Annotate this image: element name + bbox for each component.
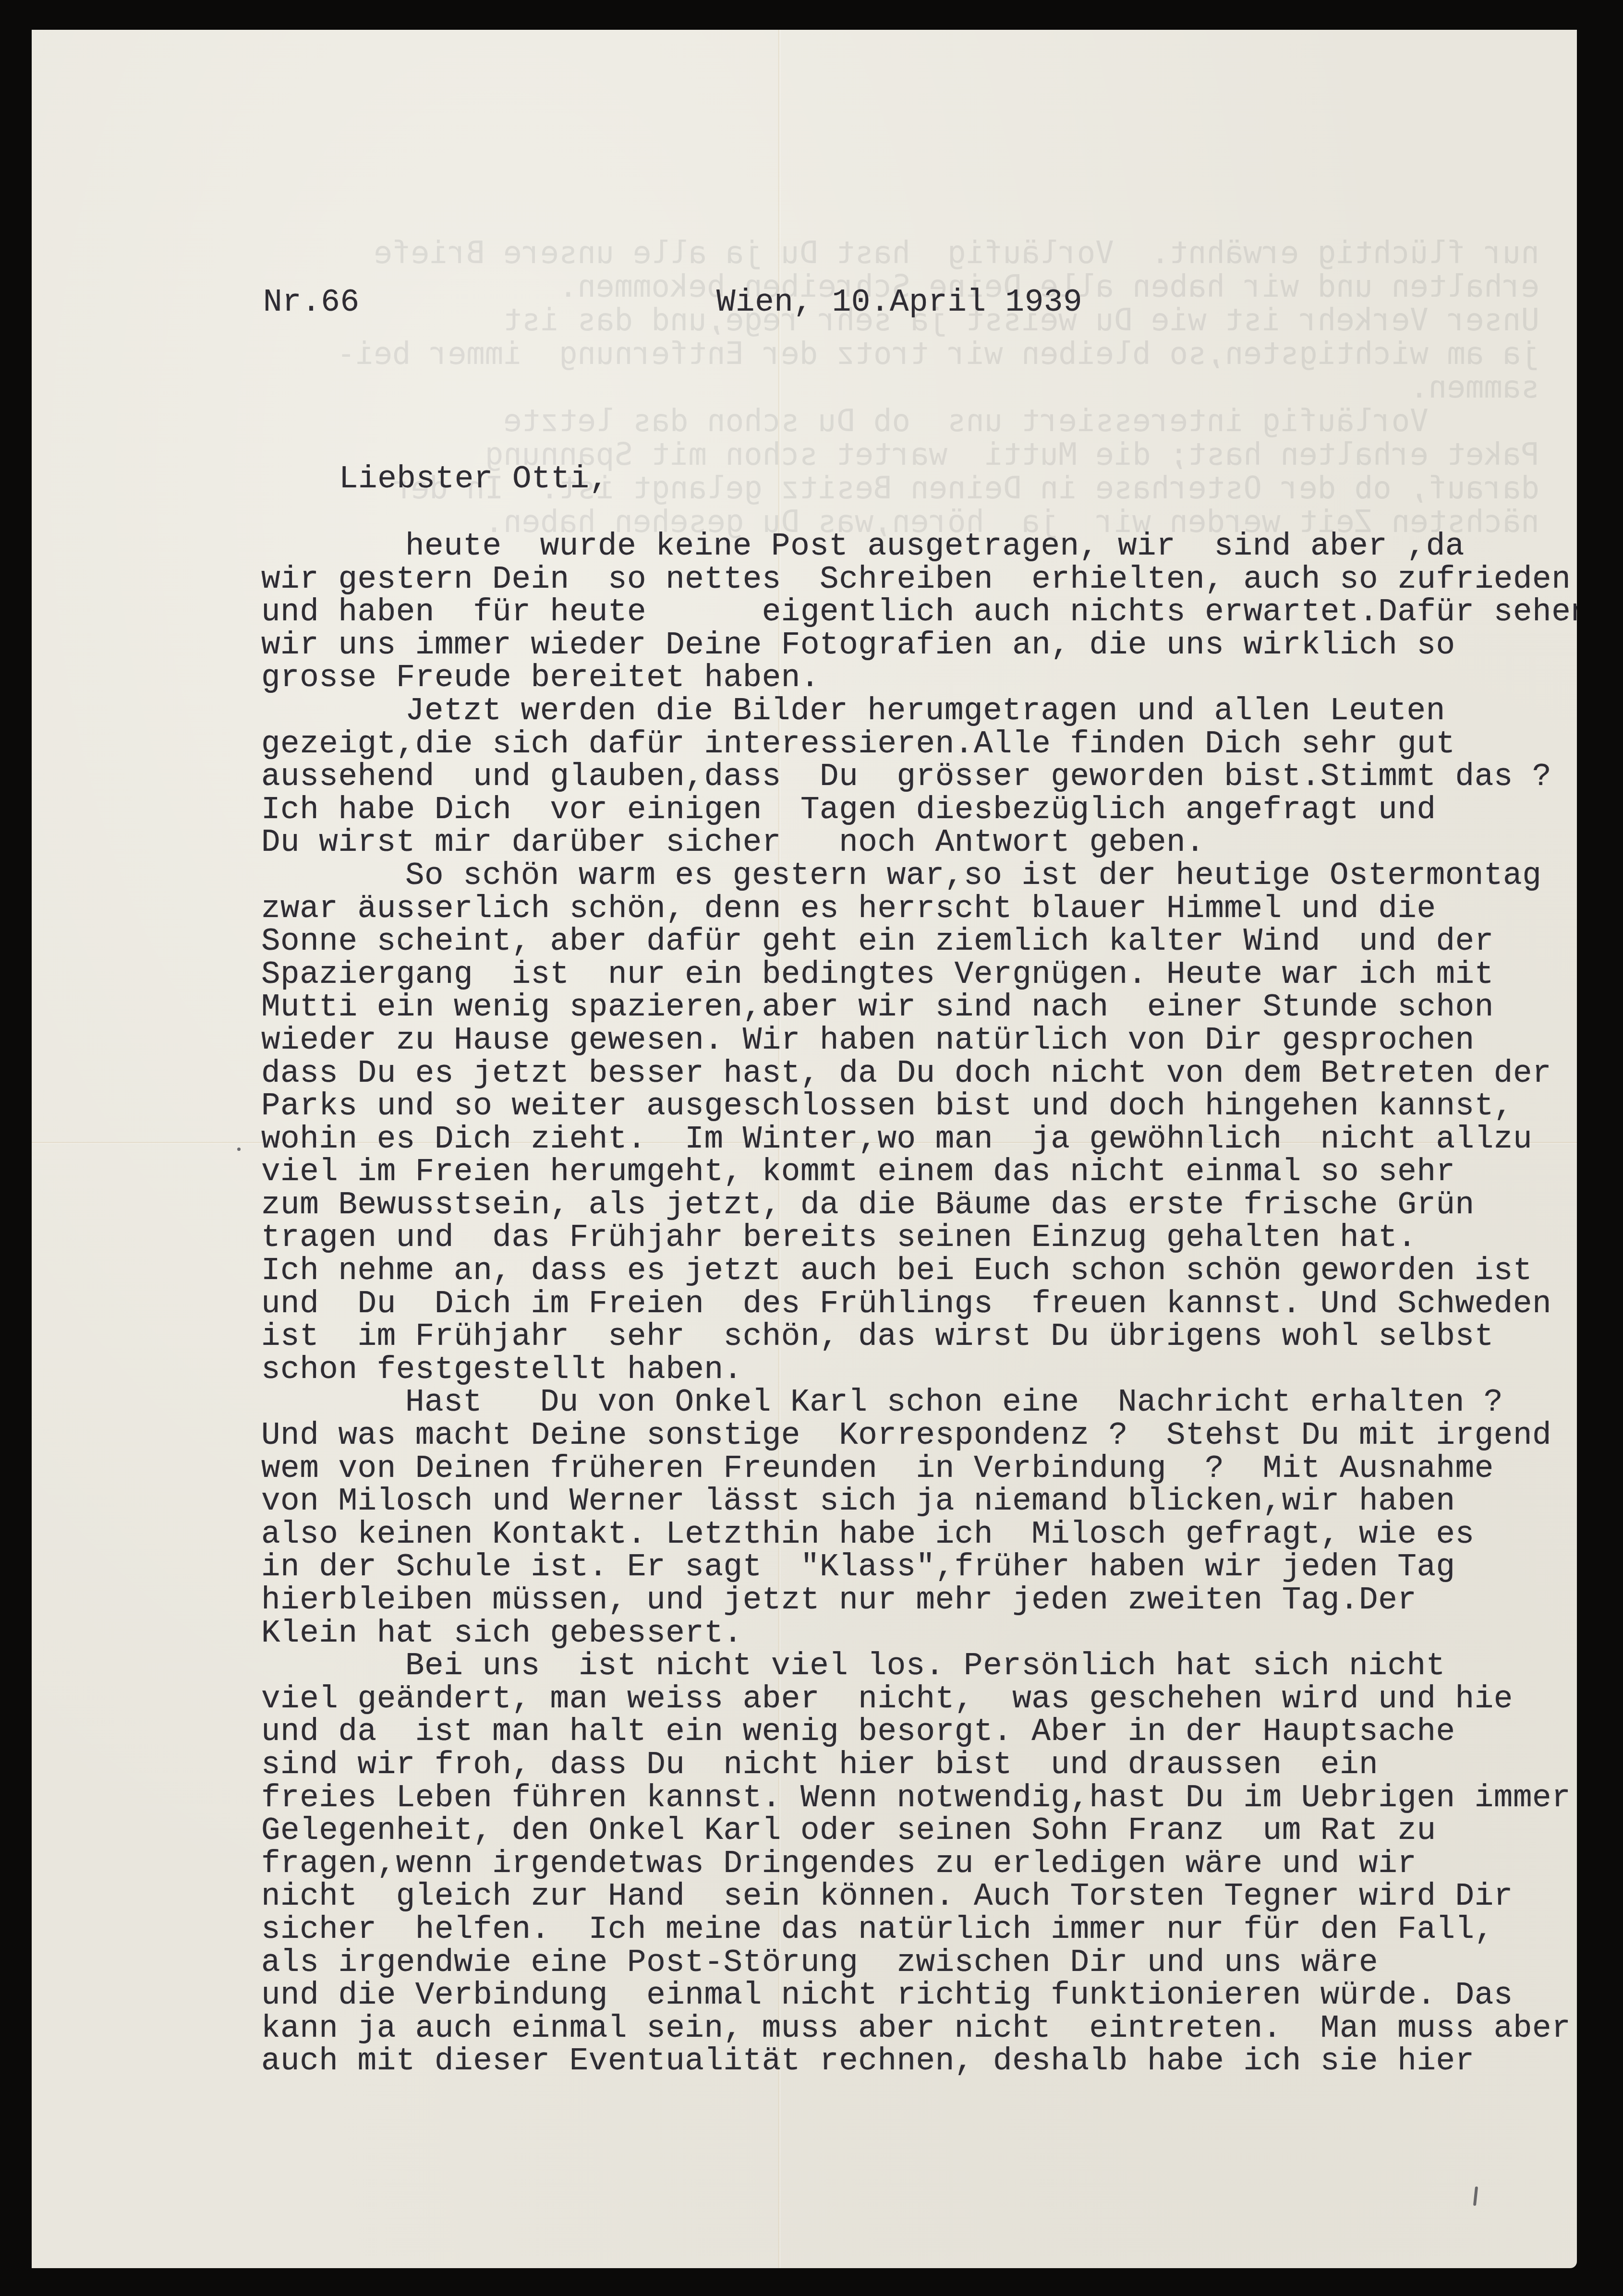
letter-line: viel im Freien herumgeht, kommt einem da… xyxy=(261,1156,1577,1189)
letter-line: und Du Dich im Freien des Frühlings freu… xyxy=(261,1288,1577,1321)
letter-line: tragen und das Frühjahr bereits seinen E… xyxy=(261,1221,1577,1255)
ink-speck xyxy=(237,1148,241,1151)
letter-line: sicher helfen. Ich meine das natürlich i… xyxy=(261,1913,1577,1946)
letter-line: und die Verbindung einmal nicht richtig … xyxy=(261,1979,1577,2012)
letter-line: Mutti ein wenig spazieren,aber wir sind … xyxy=(261,991,1577,1024)
letter-page: nur flüchtig erwähnt. Vorläufig hast Du … xyxy=(32,30,1577,2268)
letter-line: auch mit dieser Eventualität rechnen, de… xyxy=(261,2045,1577,2078)
letter-line: zum Bewusstsein, als jetzt, da die Bäume… xyxy=(261,1189,1577,1222)
letter-line: sind wir froh, dass Du nicht hier bist u… xyxy=(261,1749,1577,1782)
letter-line: nicht gleich zur Hand sein können. Auch … xyxy=(261,1880,1577,1913)
letter-line: grosse Freude bereitet haben. xyxy=(261,662,1577,695)
letter-line: zwar äusserlich schön, denn es herrscht … xyxy=(261,893,1577,926)
letter-line: schon festgestellt haben. xyxy=(261,1353,1577,1387)
letter-line: also keinen Kontakt. Letzthin habe ich M… xyxy=(261,1518,1577,1551)
letter-line: wir uns immer wieder Deine Fotografien a… xyxy=(261,629,1577,662)
letter-line: wieder zu Hause gewesen. Wir haben natür… xyxy=(261,1024,1577,1057)
salutation: Liebster Otti, xyxy=(339,461,609,497)
letter-line: Ich nehme an, dass es jetzt auch bei Euc… xyxy=(261,1255,1577,1288)
letter-line: ist im Frühjahr sehr schön, das wirst Du… xyxy=(261,1320,1577,1353)
letter-line: heute wurde keine Post ausgetragen, wir … xyxy=(261,530,1577,563)
letter-line: in der Schule ist. Er sagt "Klass",frühe… xyxy=(261,1551,1577,1584)
letter-line: Parks und so weiter ausgeschlossen bist … xyxy=(261,1090,1577,1123)
letter-line: wir gestern Dein so nettes Schreiben erh… xyxy=(261,563,1577,596)
letter-line: wohin es Dich zieht. Im Winter,wo man ja… xyxy=(261,1123,1577,1156)
letter-line: Spaziergang ist nur ein bedingtes Vergnü… xyxy=(261,958,1577,991)
place-and-date: Wien, 10.April 1939 xyxy=(716,284,1082,320)
letter-line: und da ist man halt ein wenig besorgt. A… xyxy=(261,1716,1577,1749)
letter-line: Jetzt werden die Bilder herumgetragen un… xyxy=(261,695,1577,728)
letter-line: Du wirst mir darüber sicher noch Antwort… xyxy=(261,826,1577,859)
letter-line: und haben für heute eigentlich auch nich… xyxy=(261,596,1577,629)
letter-line: freies Leben führen kannst. Wenn notwend… xyxy=(261,1782,1577,1815)
letter-line: viel geändert, man weiss aber nicht, was… xyxy=(261,1683,1577,1716)
letter-line: Hast Du von Onkel Karl schon eine Nachri… xyxy=(261,1386,1577,1419)
letter-line: Bei uns ist nicht viel los. Persönlich h… xyxy=(261,1650,1577,1683)
letter-number: Nr.66 xyxy=(263,284,360,320)
letter-line: Sonne scheint, aber dafür geht ein zieml… xyxy=(261,925,1577,958)
letter-line: als irgendwie eine Post-Störung zwischen… xyxy=(261,1946,1577,1980)
letter-line: Gelegenheit, den Onkel Karl oder seinen … xyxy=(261,1814,1577,1848)
letter-line: hierbleiben müssen, und jetzt nur mehr j… xyxy=(261,1584,1577,1617)
letter-line: kann ja auch einmal sein, muss aber nich… xyxy=(261,2012,1577,2045)
letter-line: So schön warm es gestern war,so ist der … xyxy=(261,859,1577,893)
letter-line: fragen,wenn irgendetwas Dringendes zu er… xyxy=(261,1848,1577,1881)
letter-line: Ich habe Dich vor einigen Tagen diesbezü… xyxy=(261,794,1577,827)
letter-line: von Milosch und Werner lässt sich ja nie… xyxy=(261,1485,1577,1518)
letter-body: heute wurde keine Post ausgetragen, wir … xyxy=(261,530,1577,2078)
pencil-mark xyxy=(1473,2187,1478,2206)
letter-line: aussehend und glauben,dass Du grösser ge… xyxy=(261,761,1577,794)
letter-line: dass Du es jetzt besser hast, da Du doch… xyxy=(261,1057,1577,1090)
letter-line: wem von Deinen früheren Freunden in Verb… xyxy=(261,1452,1577,1486)
letter-line: Und was macht Deine sonstige Korresponde… xyxy=(261,1419,1577,1452)
letter-line: Klein hat sich gebessert. xyxy=(261,1617,1577,1650)
letter-line: gezeigt,die sich dafür interessieren.All… xyxy=(261,728,1577,761)
